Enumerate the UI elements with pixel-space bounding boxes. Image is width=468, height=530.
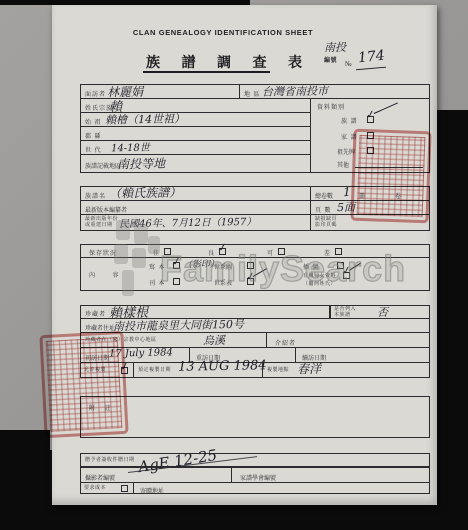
planned-copy-date-value: 13 AUG 1984 (178, 358, 267, 375)
field-interviewer: 面訪者 林麗娟 (80, 84, 240, 99)
prefecture-label: 郡 縣 (85, 131, 102, 140)
coverage-label: 族譜記載地區 (85, 161, 121, 170)
page-count-label: 頁 數 (315, 205, 332, 214)
society-number-label: 家譜學會編號 (240, 473, 276, 482)
field-mailing-address: 寄贈地址 (133, 482, 430, 494)
genealogy-title-value: （賴氏族譜） (109, 183, 181, 201)
area-value: 台灣省南投市 (262, 82, 328, 99)
material-option-genealogy-label: 族 譜 (341, 116, 358, 125)
field-genealogy-title: 族譜名 （賴氏族譜） (80, 186, 311, 201)
field-cost-request: 要求成本 (80, 482, 134, 494)
volume-count-label: 總卷數 (315, 191, 333, 200)
compiler-label: 最新版本編纂者 (85, 205, 127, 214)
checkmark-tail-stroke (374, 102, 398, 114)
form-number-label: 編號 (324, 58, 337, 64)
familysearch-tree-logo-watermark (112, 220, 164, 298)
interviewer-label: 面訪者 (85, 89, 106, 98)
material-option-other-label: 其他 (337, 160, 349, 169)
form-number-value: 174 (357, 48, 385, 67)
screenshot-root: CLAN GENEALOGY IDENTIFICATION SHEET 族 譜 … (0, 0, 468, 530)
field-donor-signature: 贈予者簽收件贈日期 (80, 453, 430, 467)
owner-label: 珍藏者 (85, 309, 106, 318)
volume-count-value: 1 (343, 185, 351, 199)
field-listed-in-genealogy: 是否列入 本族譜 否 (330, 305, 430, 319)
donor-signature-label: 贈予者簽收件贈日期 (85, 458, 135, 464)
title-underline (143, 71, 270, 73)
numero-symbol: № (345, 60, 353, 68)
field-introducer: 介紹者 (266, 332, 430, 348)
sheet-english-title: CLAN GENEALOGY IDENTIFICATION SHEET (118, 28, 328, 37)
field-copy-location: 複製地點 春洋 (262, 362, 430, 378)
cost-request-label: 要求成本 (84, 486, 106, 492)
area-label: 地 區 (244, 89, 261, 98)
field-first-ancestor: 始 祖 賴檜（14世祖） (80, 112, 311, 127)
field-coverage: 族譜記載地區 南投等地 (80, 154, 311, 173)
coverage-value: 南投等地 (117, 155, 165, 173)
cost-request-checkbox (121, 485, 128, 492)
sheet-chinese-title: 族 譜 調 查 表 (146, 52, 311, 72)
first-ancestor-label: 始 祖 (85, 117, 102, 126)
planned-copy-date-label: 預定複製日期 (138, 368, 171, 374)
publication-date-label-line2: 或重建日期 (85, 223, 113, 229)
region-annotation-handwritten: 南投 (324, 39, 346, 55)
field-compiler: 最新版本編纂者 (80, 200, 311, 215)
scan-edge-right (437, 110, 468, 530)
copy-location-value: 春洋 (297, 360, 321, 377)
field-area: 地 區 台灣省南投市 (239, 84, 430, 99)
red-seal-stamp-right (350, 129, 431, 224)
photographer-number-label: 攝影者編號 (85, 473, 115, 482)
genealogy-title-label: 族譜名 (85, 191, 106, 200)
field-owner-address: 珍藏者住址 南投市龍泉里大同街150号 (80, 318, 430, 333)
religious-center-value: 烏溪 (203, 332, 225, 348)
generations-value: 14-18世 (111, 139, 150, 155)
material-type-header: 資料類別 (317, 102, 345, 111)
copy-location-label: 複製地點 (267, 368, 289, 374)
red-seal-stamp-left (39, 331, 128, 438)
field-planned-copy-date: 預定複製日期 13 AUG 1984 (133, 362, 263, 378)
field-generations: 世 代 14-18世 (80, 140, 311, 155)
microfilm-note-line2: 影印頁碼 (315, 223, 337, 229)
field-society-number: 家譜學會編號 (231, 467, 430, 483)
introducer-label: 介紹者 (275, 338, 296, 347)
field-photographer-number: 攝影者編號 (80, 467, 232, 483)
scan-edge-bottom (0, 503, 468, 530)
field-notes: 附 註 (80, 396, 430, 438)
mailing-address-label: 寄贈地址 (140, 486, 164, 495)
generations-label: 世 代 (85, 145, 102, 154)
familysearch-text-watermark: FamilySearch (160, 248, 406, 290)
